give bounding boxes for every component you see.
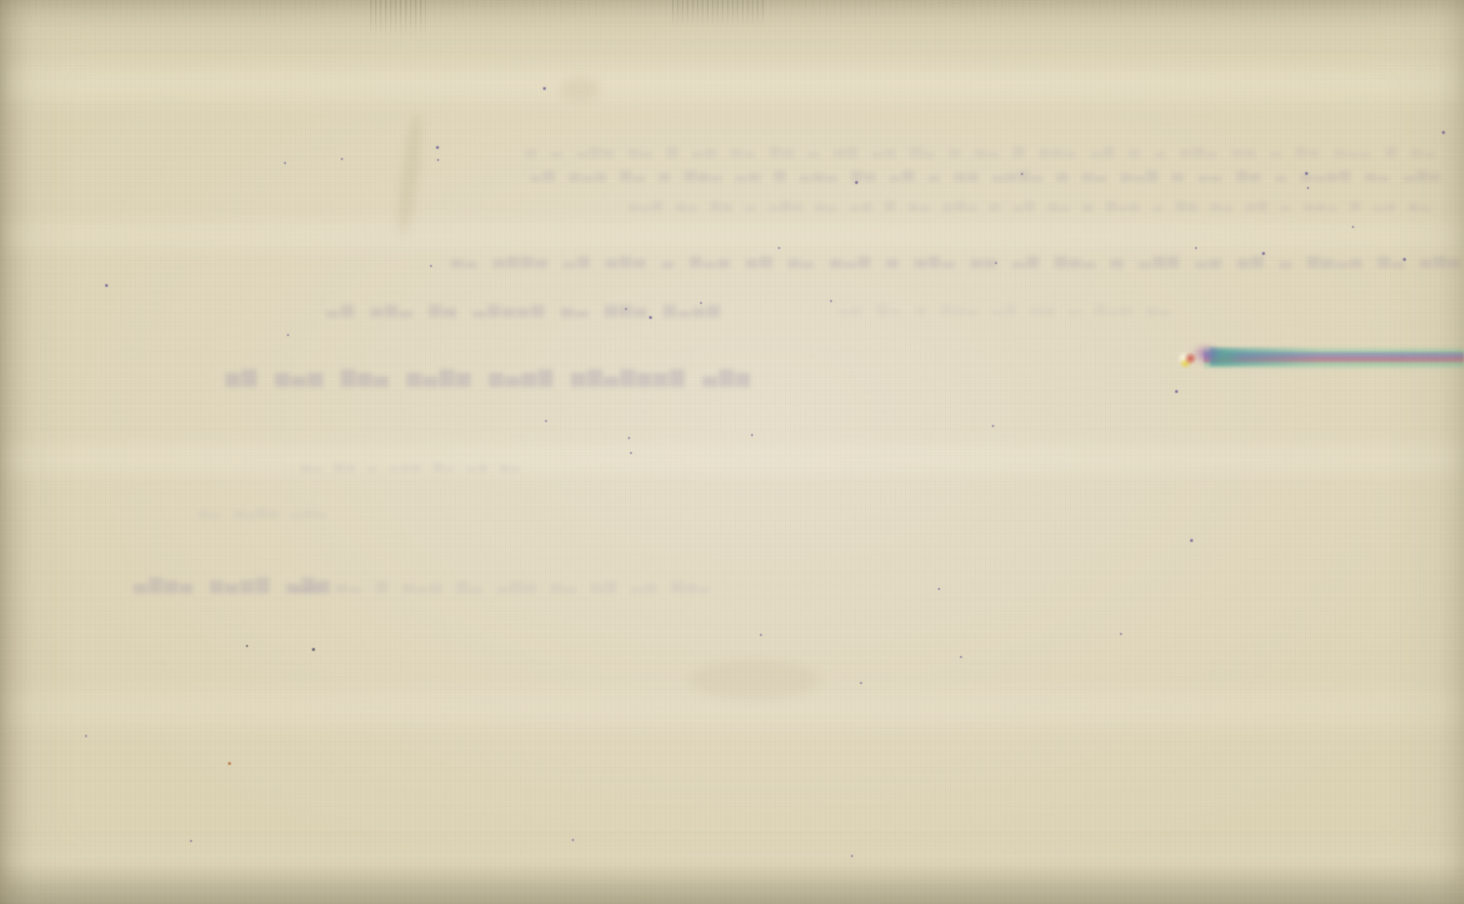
artifact-yellow-spark (1179, 358, 1192, 369)
ink-speckle (1262, 252, 1265, 255)
bleedthrough-band: ▃▄▂ ▂▃ ▄▃▂▃ ▂ ▃▄ ▂▂ ▃ ▄▂▃ ▂▃ ▃ ▂▄▃▂ ▃▃ ▂… (60, 162, 1440, 188)
ink-speckle (960, 656, 962, 658)
bleedthrough-band: ▂▃ ▄ ▂▂▃ ▃▄ ▂ ▃▃ ▂▄▃ ▂ ▃ ▄▂ ▂▃▃ ▄ ▂▃ ▃ ▂… (180, 138, 1435, 168)
ink-speckle (751, 434, 753, 436)
paper-tonal-band (0, 846, 1464, 868)
bleedthrough-band: ▃▄▃ ▂▄ ▃▂▃▄ ▂ ▄▃ ▃▂ ▄▄▂ ▃ ▂▃▄ ▄▂ ▃▃ ▂▄▃ … (60, 245, 1460, 275)
paper-stain (394, 111, 425, 237)
scan-edge-vignette (0, 0, 1464, 904)
artifact-streak-band (1204, 346, 1464, 370)
ink-speckle (85, 735, 87, 737)
bleedthrough-band: ▂▃▂ ▃▄▂▃ ▂▃ (95, 500, 325, 522)
bleedthrough-band: ▄▅▃ ▅▄▃▄ ▃▄▅▃ (85, 570, 330, 602)
ink-speckle (1175, 390, 1178, 393)
ink-speckle (284, 162, 286, 164)
artifact-blue-cloud (1197, 345, 1225, 363)
ink-speckle (1120, 633, 1122, 635)
ink-speckle (437, 159, 439, 161)
scanned-paper-sheet: ▂▃ ▄ ▂▂▃ ▃▄ ▂ ▃▃ ▂▄▃ ▂ ▃ ▄▂ ▂▃▃ ▄ ▂▃ ▃ ▂… (0, 0, 1464, 904)
artifact-red-spark (1184, 352, 1197, 365)
paper-tonal-band (0, 66, 1464, 100)
bleedthrough-band: ▂▃ ▃▂ ▂▄ ▃▃▂ ▂ ▃▄ ▂▃ (200, 455, 520, 475)
paper-fiber-texture (0, 0, 1464, 904)
ink-speckle (1190, 539, 1193, 542)
top-edge-hatch-marks (672, 0, 764, 28)
ink-speckle-layer (0, 0, 1464, 904)
paper-tonal-band (0, 222, 1464, 248)
ink-speckle (649, 316, 652, 319)
ink-speckle (630, 452, 632, 454)
artifact-green-cloud (1205, 347, 1241, 367)
bleedthrough-band: ▂▃ ▃▂ ▄ ▂▃▃ ▂ ▄▃ ▂▃ ▃▄ ▂ ▃▂▄ ▃ ▂▃ ▄▂ ▃ ▂… (120, 193, 1430, 215)
paper-tonal-band (0, 444, 1464, 474)
ink-speckle (1307, 187, 1309, 189)
ink-speckle (992, 425, 994, 427)
bleedthrough-band: ▄▅▃ ▅▄▄▅▃▅▄ ▅▄▃▄ ▄▅▃▄ ▃▄▅ ▄▃▄ ▅▄ (60, 360, 750, 396)
ink-speckle (625, 308, 627, 310)
ink-speckle (860, 682, 862, 684)
ink-speckle (830, 300, 832, 302)
ink-speckle (1305, 172, 1308, 175)
paper-tonal-band (0, 690, 1464, 726)
paper-stain (690, 660, 820, 700)
artifact-white-spark (1177, 351, 1190, 366)
ink-speckle (1195, 247, 1197, 249)
bleedthrough-band: ▄▃▂▄ ▃▄▄ ▂▃ ▄▃▃▄▂ ▃▄ ▂▄▃ ▄▂ (250, 294, 720, 324)
ink-speckle (572, 839, 574, 841)
ink-speckle (995, 262, 997, 264)
ink-speckle (543, 87, 546, 90)
ink-speckle (287, 334, 289, 336)
ink-speckle (228, 762, 231, 765)
ink-speckle (341, 158, 343, 160)
ink-speckle (778, 247, 780, 249)
artifact-streak-core (1204, 352, 1464, 362)
ink-speckle (1352, 226, 1354, 228)
paper-tonal-band (0, 884, 1464, 904)
ink-speckle (1021, 173, 1023, 175)
ink-speckle (855, 181, 858, 184)
bleedthrough-band: ▂▃ ▃▂▄ ▂ ▃▃ ▄▂ ▂▃▄ ▃ ▂▄ ▃▂ (740, 296, 1170, 320)
bleedthrough-band: ▂▃▄ ▃▂ ▄▃ ▂▃ ▃▄▂ ▂▄ ▃▂▃ ▄ ▂▃ ▃▂ (60, 572, 710, 602)
ink-speckle (190, 840, 192, 842)
ink-speckle (312, 648, 315, 651)
top-edge-stripe-texture (0, 0, 1464, 22)
ink-speckle (105, 284, 108, 287)
ink-speckle (430, 265, 432, 267)
top-edge-hatch-marks (370, 0, 426, 36)
ink-speckle (1442, 131, 1445, 134)
ink-speckle (938, 588, 940, 590)
scanner-light-artifact (0, 0, 1464, 904)
ink-speckle (700, 302, 702, 304)
ink-speckle (1403, 258, 1406, 261)
ink-speckle (628, 437, 630, 439)
artifact-streak-head (1210, 348, 1320, 366)
ink-speckle (246, 645, 248, 647)
artifact-magenta-cloud (1190, 343, 1220, 365)
paper-stain (560, 78, 600, 100)
ink-speckle (851, 855, 853, 857)
ink-speckle (436, 146, 439, 149)
ink-speckle (545, 420, 547, 422)
bleedthrough-ink-layer: ▂▃ ▄ ▂▂▃ ▃▄ ▂ ▃▃ ▂▄▃ ▂ ▃ ▄▂ ▂▃▃ ▄ ▂▃ ▃ ▂… (0, 0, 1464, 904)
ink-speckle (760, 634, 762, 636)
